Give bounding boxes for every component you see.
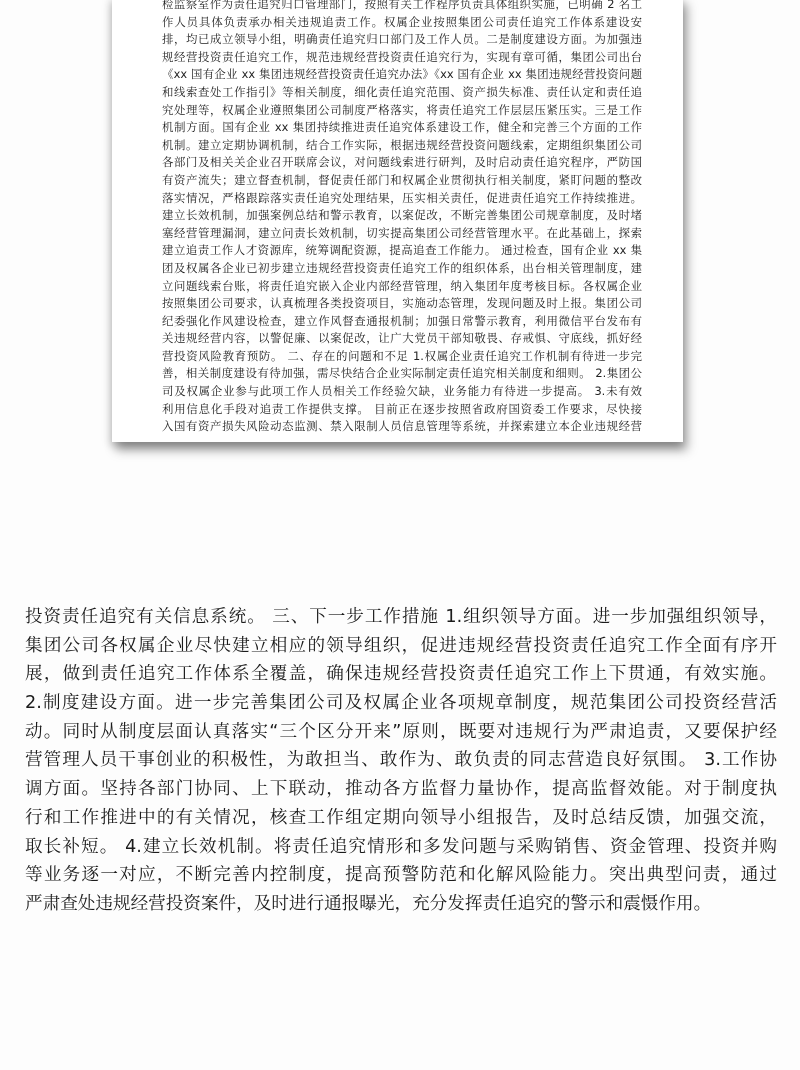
body-line: 集团公司各权属企业尽快建立相应的领导组织，促进违规经营投资责任追究工作全面有序开 <box>25 632 777 661</box>
preview-line: 机制方面。国有企业 xx 集团持续推进责任追究体系建设工作，健全和完善三个方面的… <box>162 119 642 137</box>
preview-line: 善，相关制度建设有待加强，需尽快结合企业实际制定责任追究相关制度和细则。 2.集… <box>162 365 642 383</box>
preview-line: 营投资风险教育预防。 二、存在的问题和不足 1.权属企业责任追究工作机制有待进一… <box>162 348 642 366</box>
preview-line: 各部门及相关关企业召开联席会议，对问题线索进行研判，及时启动责任追究程序，严防国 <box>162 154 642 172</box>
body-line: 等业务逐一对应，不断完善内控制度，提高预警防范和化解风险能力。突出典型问责，通过 <box>25 861 777 890</box>
preview-text-block: 检监察室作为责任追究归口管理部门，按照有关工作程序负责具体组织实施，已明确 2 … <box>162 0 642 436</box>
preview-line: 关违规经营内容，以警促廉、以案促改，让广大党员干部知敬畏、存戒惧、守底线，抓好经 <box>162 330 642 348</box>
body-line: 营管理人员干事创业的积极性，为敢担当、敢作为、敢负责的同志营造良好氛围。 3.工… <box>25 746 777 775</box>
document-page-preview: 检监察室作为责任追究归口管理部门，按照有关工作程序负责具体组织实施，已明确 2 … <box>112 0 683 442</box>
preview-line: 建立追责工作人才资源库，统筹调配资源，提高追查工作能力。 通过检查，国有企业 x… <box>162 242 642 260</box>
body-line: 动。同时从制度层面认真落实“三个区分开来”原则，既要对违规行为严肃追责，又要保护… <box>25 718 777 747</box>
preview-line: 建立长效机制，加强案例总结和警示教育，以案促改，不断完善集团公司规章制度，及时堵 <box>162 207 642 225</box>
preview-line: 规经营投资责任追究工作，规范违规经营投资责任追究行为，实现有章可循，集团公司出台 <box>162 49 642 67</box>
preview-line: 司及权属企业参与此项工作人员相关工作经验欠缺，业务能力有待进一步提高。 3.未有… <box>162 383 642 401</box>
preview-line: 利用信息化手段对追责工作提供支撑。 目前正在逐步按照省政府国资委工作要求，尽快接 <box>162 401 642 419</box>
preview-line: 《xx 国有企业 xx 集团违规经营投资责任追究办法》《xx 国有企业 xx 集… <box>162 66 642 84</box>
preview-line: 机制。建立定期协调机制，结合工作实际，根据违规经营投资问题线索，定期组织集团公司 <box>162 137 642 155</box>
preview-line: 纪委强化作风建设检查，建立作风督查通报机制；加强日常警示教育，利用微信平台发布有 <box>162 313 642 331</box>
preview-line: 立问题线索台账，将责任追究嵌入企业内部经营管理，纳入集团年度考核目标。各权属企业 <box>162 278 642 296</box>
preview-line: 和线索查处工作指引》等相关制度，细化责任追究范围、资产损失标准、责任认定和责任追 <box>162 84 642 102</box>
body-line: 调方面。坚持各部门协同、上下联动，推动各方监督力量协作，提高监督效能。对于制度执 <box>25 775 777 804</box>
body-line: 严肃查处违规经营投资案件，及时进行通报曝光，充分发挥责任追究的警示和震慑作用。 <box>25 890 777 919</box>
body-line: 行和工作推进中的有关情况，核查工作组定期向领导小组报告，及时总结反馈，加强交流， <box>25 804 777 833</box>
preview-line: 排，均已成立领导小组，明确责任追究归口部门及工作人员。二是制度建设方面。为加强违 <box>162 31 642 49</box>
body-line: 2.制度建设方面。进一步完善集团公司及权属企业各项规章制度，规范集团公司投资经营… <box>25 689 777 718</box>
preview-line: 按照集团公司要求，认真梳理各类投资项目，实施动态管理，发现问题及时上报。集团公司 <box>162 295 642 313</box>
preview-line: 塞经营管理漏洞，建立问责长效机制，切实提高集团公司经营管理水平。在此基础上，探索 <box>162 225 642 243</box>
body-line: 取长补短。 4.建立长效机制。将责任追究情形和多发问题与采购销售、资金管理、投资… <box>25 833 777 862</box>
preview-line: 检监察室作为责任追究归口管理部门，按照有关工作程序负责具体组织实施，已明确 2 … <box>162 0 642 14</box>
preview-line: 入国有资产损失风险动态监测、禁入限制人员信息管理等系统，并探索建立本企业违规经营 <box>162 418 642 436</box>
preview-line: 落实情况，严格跟踪落实责任追究处理结果，压实相关责任，促进责任追究工作持续推进。 <box>162 190 642 208</box>
preview-line: 团及权属各企业已初步建立违规经营投资责任追究工作的组织体系，出台相关管理制度，建 <box>162 260 642 278</box>
preview-line: 究处理等，权属企业遵照集团公司制度严格落实，将责任追究工作层层压紧压实。三是工作 <box>162 102 642 120</box>
body-line: 展，做到责任追究工作体系全覆盖，确保违规经营投资责任追究工作上下贯通，有效实施。 <box>25 660 777 689</box>
preview-line: 作人员具体负责承办相关违规追责工作。权属企业按照集团公司责任追究工作体系建设安 <box>162 14 642 32</box>
body-line: 投资责任追究有关信息系统。 三、下一步工作措施 1.组织领导方面。进一步加强组织… <box>25 603 777 632</box>
document-body-text: 投资责任追究有关信息系统。 三、下一步工作措施 1.组织领导方面。进一步加强组织… <box>25 603 777 919</box>
preview-line: 有资产流失；建立督查机制，督促责任部门和权属企业贯彻执行相关制度，紧盯问题的整改 <box>162 172 642 190</box>
